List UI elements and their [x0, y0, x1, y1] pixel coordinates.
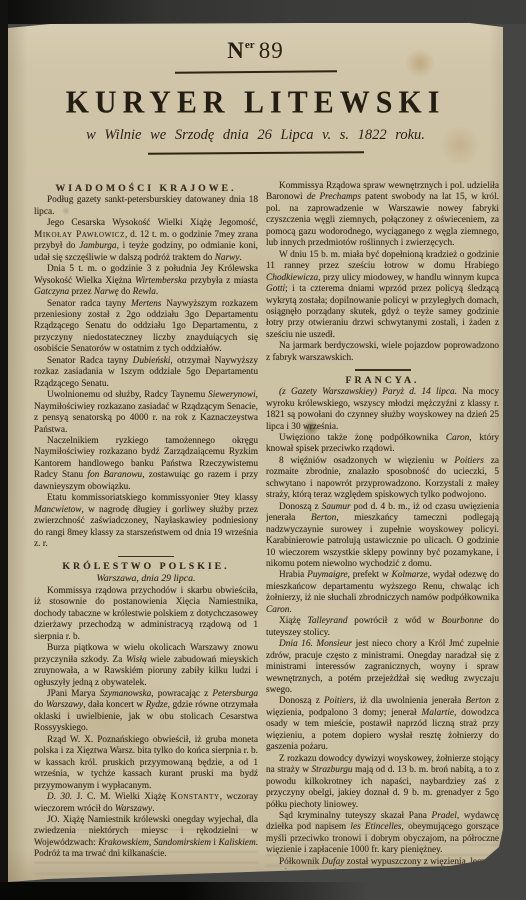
text-run: Gotti — [266, 284, 285, 294]
spine-shadow — [0, 0, 8, 900]
text-run: Gatczyna — [34, 287, 69, 297]
text-run: Rydze — [146, 700, 168, 710]
issue-superscript: er — [245, 39, 255, 51]
paragraph: Z rozkazu dowodcy dywizyi woyskowey, żoł… — [266, 754, 499, 811]
text-run: Kaliskiem — [218, 838, 255, 848]
paragraph: Kommissya rządowa przychodów i skarbu ob… — [34, 586, 258, 643]
text-run: Pradel — [432, 811, 457, 821]
paragraph: Kommissya Rządowa spraw wewnętrznych i p… — [266, 181, 499, 250]
text-run: , powracając z — [151, 689, 212, 699]
text-run: Hrabia — [279, 570, 307, 580]
section-heading: KRÓLESTWO POLSKIE. — [34, 561, 258, 572]
section-heading: WIADOMOŚCI KRAJOWE. — [34, 183, 258, 194]
paragraph: Senator Radca tayny Dubieński, otrzymał … — [34, 356, 258, 390]
scan-background: Ner89 KURYER LITEWSKI w Wilnie we Srzodę… — [0, 0, 526, 900]
text-run: Kolmarze — [392, 570, 428, 580]
newspaper-page: Ner89 KURYER LITEWSKI w Wilnie we Srzodę… — [8, 23, 503, 882]
text-run: Warszawy — [46, 700, 83, 710]
text-run: . — [156, 287, 158, 297]
text-run: Talleyrand — [308, 616, 348, 626]
text-run: D. 30. — [47, 792, 72, 802]
text-run: Jego Cesarska Wysokość Wielki Xiążę Jego… — [47, 218, 258, 228]
paragraph: Naczelnikiem ryzkiego tamożennego okręgu… — [34, 436, 258, 493]
issue-prefix: N — [227, 38, 245, 63]
paragraph: JO. Xiążę Namiestnik królewski onegday w… — [34, 815, 258, 857]
text-run: Uwięziono także żonę podpółkownika — [279, 433, 446, 443]
text-run: Rewla — [133, 287, 156, 297]
section-divider — [118, 556, 174, 558]
text-run: Senator radca tayny — [47, 299, 131, 309]
text-run: Podług gazety sankt-petersburskiey datow… — [34, 195, 258, 216]
text-run: Wisłą — [126, 655, 147, 665]
masthead-dateline: w Wilnie we Srzodę dnia 26 Lipca v. s. 1… — [8, 127, 503, 144]
text-run: Na jarmark berdyczowski, wiele pojazdow … — [266, 341, 499, 362]
paragraph: (z Gazety Warszawskiey) Paryż d. 14 lipc… — [266, 387, 499, 433]
paragraph: Na jarmark berdyczowski, wiele pojazdow … — [266, 341, 499, 364]
paragraph: Burza piątkowa w wielu okolicach Warszaw… — [34, 643, 258, 689]
paragraph: Dnia 5 t. m. o godzinie 3 z południa Jey… — [34, 264, 258, 298]
text-run: Kommissya rządowa przychodów i skarbu ob… — [34, 586, 258, 642]
text-run: Dufay — [322, 857, 345, 867]
text-run: Mertens — [131, 299, 161, 309]
paragraph: Jego Cesarska Wysokość Wielki Xiążę Jego… — [34, 218, 258, 264]
text-run: Siewerynowi — [208, 390, 256, 400]
text-run: , dała koncert w — [83, 700, 145, 710]
text-run: Donoszą z — [279, 696, 324, 706]
section-dateline: Warszawa, dnia 29 lipca. — [34, 573, 258, 584]
masthead-rule-bottom — [147, 151, 363, 155]
text-run: Szymanowska — [100, 689, 152, 699]
issue-number: Ner89 — [8, 38, 503, 64]
text-run: Berton — [311, 513, 336, 523]
text-run: Berton — [465, 696, 490, 706]
text-run: Bourbonne — [442, 616, 483, 626]
text-run: fon Baranowu — [87, 470, 142, 480]
text-run: Senator Radca tayny — [47, 356, 133, 366]
text-run: Mancwietow — [34, 505, 82, 515]
text-run: Chodkiewicza — [266, 273, 318, 283]
paragraph: Senator radca tayny Mertens Naywyższym r… — [34, 299, 258, 356]
text-run: . — [289, 605, 291, 615]
text-run: Donoszą z — [279, 502, 322, 512]
newspaper-title: KURYER LITEWSKI — [8, 85, 503, 121]
paragraph: 8 więźniów osadzonych w więzieniu w Poit… — [266, 456, 499, 502]
text-run: Petersburga — [212, 689, 258, 699]
paragraph: Podług gazety sankt-petersburskiey datow… — [34, 195, 258, 218]
paragraph: Uwolnionemu od służby, Radcy Taynemu Sie… — [34, 390, 258, 436]
text-run: , przy ulicy miodowey, w handlu winnym k… — [318, 273, 499, 283]
paragraph: Sąd kryminalny tuteyszy skazał Pana Prad… — [266, 811, 499, 857]
text-run: Saumur — [322, 502, 351, 512]
masthead-rule-top — [174, 70, 336, 73]
text-run: Caron — [446, 433, 469, 443]
paragraph: Donoszą z Poitiers, iż dla uwolnienia je… — [266, 696, 499, 753]
column-left: WIADOMOŚCI KRAJOWE.Podług gazety sankt-p… — [34, 181, 258, 857]
text-run: do — [34, 700, 46, 710]
text-run: Xiążę — [279, 616, 308, 626]
text-run: . — [152, 804, 154, 814]
issue-value: 89 — [259, 38, 284, 63]
text-run: Etatu kommissoriatskiego kommissyonier 9… — [47, 493, 258, 503]
paragraph: JPani Marya Szymanowska, powracając z Pe… — [34, 689, 258, 735]
text-run: Puymaigre — [307, 570, 347, 580]
section-divider — [355, 369, 411, 371]
text-run: powrócił z wód w — [347, 616, 441, 626]
text-run: (z Gazety Warszawskiey) Paryż d. 14 lipc… — [279, 387, 457, 397]
paragraph: Półkownik Dufay został wypuszczony z wię… — [266, 857, 499, 869]
text-run: , iż dla uwolnienia jenerała — [353, 696, 465, 706]
text-run: W dniu 15 b. m. miała być dopełnioną kra… — [266, 250, 499, 271]
text-run: przybyła z miasta — [187, 276, 258, 286]
text-run: les Etincelles — [350, 822, 401, 832]
text-run: Krakowskiem, Sandomirskiem — [98, 838, 211, 848]
text-run: Narwę — [94, 287, 119, 297]
text-run: J. C. M. Wielki Xiążę — [72, 792, 170, 802]
text-run: de Prechamps — [307, 192, 361, 202]
text-run: Warszawy — [115, 804, 152, 814]
text-run: Malartie — [422, 708, 455, 718]
text-run: Sąd kryminalny tuteyszy skazał Pana — [279, 811, 432, 821]
paragraph: D. 30. J. C. M. Wielki Xiążę Konstanty, … — [34, 792, 258, 815]
text-run: . — [240, 253, 242, 263]
text-run: Jamburga — [79, 241, 116, 251]
text-run: Półkownik — [279, 857, 322, 867]
text-run: Dubieński — [133, 356, 171, 366]
text-run: ; i ta czterema dniami wprzód przez poli… — [266, 284, 499, 340]
paragraph: W dniu 15 b. m. miała być dopełnioną kra… — [266, 250, 499, 342]
text-run: , prefekt w — [348, 570, 392, 580]
text-run: przez — [69, 287, 94, 297]
paragraph: Rząd W. X. Poznańskiego obwieścił, iż gr… — [34, 735, 258, 792]
section-heading: FRANCYA. — [266, 375, 499, 386]
text-run: Strazburgu — [312, 765, 353, 775]
text-run: 8 więźniów osadzonych w więzieniu w — [279, 456, 454, 466]
text-run: Uwolnionemu od służby, Radcy Taynemu — [47, 390, 208, 400]
text-run: Caron — [266, 605, 289, 615]
column-right: Kommissya Rządowa spraw wewnętrznych i p… — [266, 181, 499, 869]
text-run: JPani Marya — [47, 689, 100, 699]
text-run: Mikołay Pawłowicz — [34, 230, 125, 240]
text-run: Narwy — [215, 253, 240, 263]
text-run: do — [119, 287, 133, 297]
paragraph: Hrabia Puymaigre, prefekt w Kolmarze, wy… — [266, 570, 499, 616]
paragraph: Uwięziono także żonę podpółkownika Caron… — [266, 433, 499, 456]
text-run: Poitiers — [324, 696, 353, 706]
text-run: Poitiers — [454, 456, 483, 466]
paragraph: Xiążę Talleyrand powrócił z wód w Bourbo… — [266, 616, 499, 639]
text-run: Dnia 16. Monsieur — [279, 639, 352, 649]
text-run: Wirtemberska — [135, 276, 187, 286]
paragraph: Donoszą z Saumur pod d. 4 b. m., iż od c… — [266, 502, 499, 571]
paragraph: Etatu kommissoriatskiego kommissyonier 9… — [34, 493, 258, 550]
text-run: Rząd W. X. Poznańskiego obwieścił, iż gr… — [34, 735, 258, 791]
paragraph: Dnia 16. Monsieur jest nieco chory a Kró… — [266, 639, 499, 696]
scanner-bed-top — [0, 0, 526, 24]
text-run: Konstanty — [170, 792, 219, 802]
masthead: Ner89 KURYER LITEWSKI w Wilnie we Srzodę… — [8, 23, 503, 154]
scanner-bed-bottom — [0, 882, 368, 900]
